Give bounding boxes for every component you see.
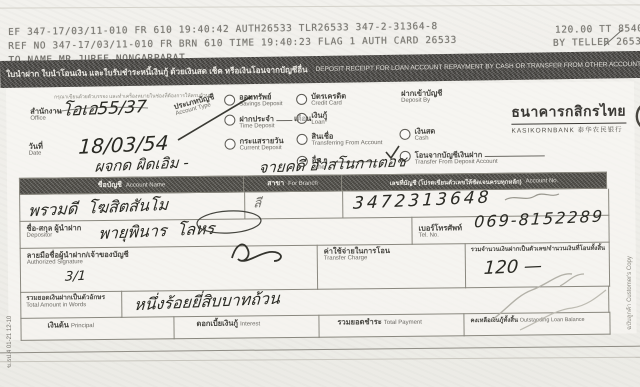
bank-name-english: KASIKORNBANK 泰华农民银行 (511, 122, 626, 134)
branch-cell: ลี (244, 191, 343, 219)
total-payment-cell: รวมยอดชำระ Total Payment (318, 313, 464, 338)
depositor-label: ชื่อ-สกุล ผู้นำฝาก (26, 224, 81, 233)
option-credit-card: บัตรเครดิตCredit Card (296, 92, 346, 108)
copy-note-vertical: ฉบับลูกค้า Customer's Copy (624, 256, 634, 330)
slip-body: กรุณาเขียนด้วยตัวบรรจง และทำเครื่องหมายใ… (6, 81, 637, 340)
principal-label: เงินต้น Principal (47, 321, 94, 330)
option-current: กระแสรายวันCurrent Deposit (225, 137, 284, 153)
radio-time-deposit (224, 115, 235, 126)
total-amount-value: 120 — (483, 255, 542, 279)
deposit-by-label: ฝากเข้าบัญชี Deposit By (401, 89, 442, 104)
scan-artifact-line (0, 357, 640, 362)
total-amount-label: รวมจำนวนเงินฝากเป็นตัวเลข/จำนวนเงินที่โอ… (471, 245, 605, 254)
radio-cash (399, 129, 410, 140)
outstanding-cell: คงเหลือเงินกู้ทั้งสิ้น Outstanding Loan … (463, 312, 610, 337)
bank-name-thai: ธนาคารกสิกรไทย (511, 100, 626, 123)
interest-cell: ดอกเบี้ยเงินกู้ Interest (173, 315, 319, 340)
office-value-handwriting: โอเอ55/37 (61, 93, 147, 124)
total-amount-cell: รวมจำนวนเงินฝากเป็นตัวเลข/จำนวนเงินที่โอ… (465, 242, 610, 289)
signature-note: 3/1 (65, 269, 87, 285)
depositor-value: พายุพินาร โลหร (98, 217, 215, 247)
option-savings: ออมทรัพย์Savings Deposit (224, 93, 283, 109)
branch-header: สาขาFor Branch (244, 174, 342, 192)
option-loan: เงินกู้Loan* (296, 112, 327, 127)
office-label: สำนักงาน Office (30, 107, 62, 122)
bank-logo: ธนาคารกสิกรไทย KASIKORNBANK 泰华农民银行 (511, 99, 640, 135)
radio-credit-card (296, 94, 307, 105)
account-no-value: 3472313648 (352, 188, 492, 214)
amount-words-label-cell: รวมยอดเงินฝากเป็นตัวอักษรTotal Amount in… (20, 291, 122, 319)
stamp-teller: BY TELLER 26533 (553, 36, 640, 49)
interest-label: ดอกเบี้ยเงินกู้ Interest (196, 319, 260, 329)
total-payment-label: รวมยอดชำระ Total Payment (337, 318, 422, 328)
radio-current (225, 139, 236, 150)
branch-value: ลี (253, 192, 262, 213)
slip-title-thai: ใบนำฝาก ใบนำโอนเงิน และใบรับชำระหนี้เงิน… (6, 63, 308, 81)
outstanding-label: คงเหลือเงินกู้ทั้งสิ้น Outstanding Loan … (470, 316, 584, 325)
transfer-charge-cell: ค่าใช้จ่ายในการโอนTransfer Charge (317, 243, 466, 290)
principal-cell: เงินต้น Principal (20, 316, 174, 341)
slip-bottom-edge (0, 346, 640, 354)
amount-words-value: หนึ่งร้อยยี่สิบบาทถ้วน (133, 287, 280, 319)
handwritten-annotation-left: ผจกด ผิดเอิม - (94, 150, 190, 178)
option-cash: เงินสดCash (399, 128, 435, 143)
kbank-emblem-icon (634, 99, 640, 133)
slip-title-english: DEPOSIT RECEIPT FOR LOAN ACCOUNT REPAYME… (316, 61, 640, 73)
radio-transfer-from-account (296, 134, 307, 145)
scan-artifact-line-top (0, 4, 640, 8)
option-transfer-from-account: สินเชื่อTransferring From Account (296, 132, 382, 148)
radio-savings (224, 95, 235, 106)
signature-cell: ลายมือชื่อผู้นำฝาก/เจ้าของบัญชีAuthorize… (20, 245, 318, 293)
date-label: วันที่ Date (29, 143, 43, 158)
tel-label: เบอร์โทรศัพท์ (418, 224, 462, 232)
tel-cell: เบอร์โทรศัพท์Tel. No. 069-8152289 (411, 215, 609, 245)
option-transfer-deposit: โอนจากบัญชีเงินฝาก Transfer From Deposit… (400, 148, 545, 167)
deposit-slip-scan: EF 347-17/03/11-010 FR 610 19:40:42 AUTH… (0, 0, 640, 387)
stamp-amount: 120.00 TT 8540 (555, 23, 640, 36)
radio-loan (296, 113, 307, 124)
